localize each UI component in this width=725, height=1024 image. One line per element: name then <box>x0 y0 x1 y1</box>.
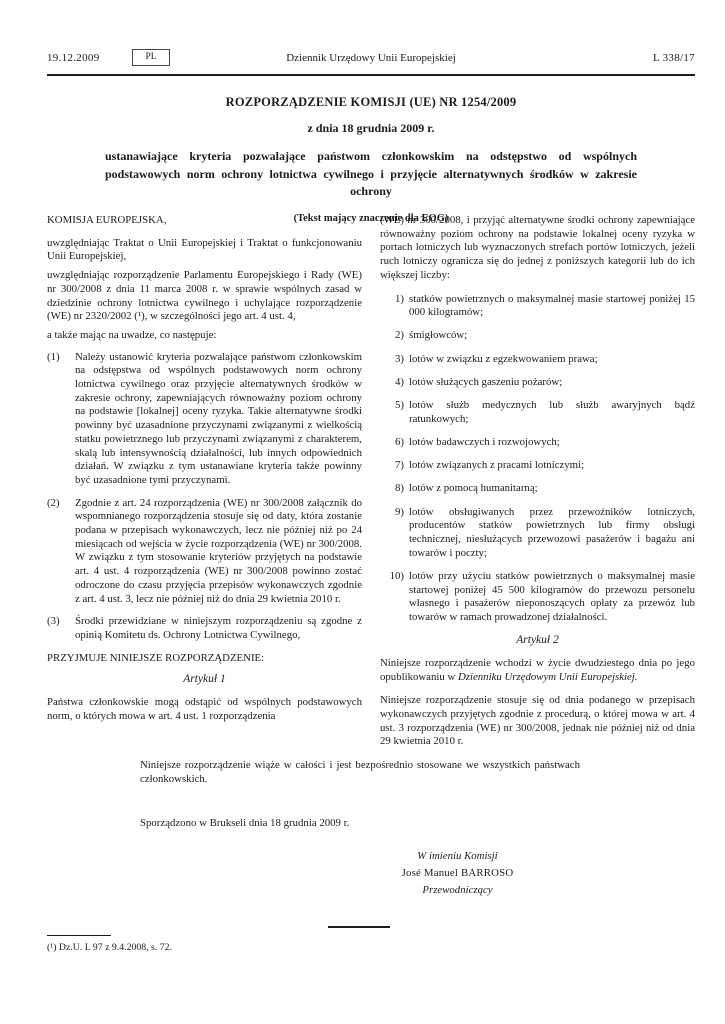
article-1-item-9: 9) lotów obsługiwanych przez przewoźnikó… <box>380 506 695 561</box>
signature-on-behalf: W imieniu Komisji <box>355 850 560 862</box>
end-of-act-divider <box>328 926 390 928</box>
article-1-item-1: 1) statków powietrznych o maksymalnej ma… <box>380 293 695 320</box>
article-1-intro-right: (WE) nr 300/2008, i przyjąć alternatywne… <box>380 214 695 283</box>
enacting-formula: PRZYJMUJE NINIEJSZE ROZPORZĄDZENIE: <box>47 652 362 666</box>
recital-1: (1) Należy ustanowić kryteria pozwalając… <box>47 351 362 488</box>
journal-name-italic: Dzienniku Urzędowym Unii Europejskiej. <box>458 671 638 683</box>
page-header: 19.12.2009 PL Dziennik Urzędowy Unii Eur… <box>47 49 695 71</box>
journal-page: 19.12.2009 PL Dziennik Urzędowy Unii Eur… <box>0 0 725 1024</box>
item-text: lotów z pomocą humanitarną; <box>409 482 695 496</box>
item-number: 2) <box>380 329 404 343</box>
recital-text: Zgodnie z art. 24 rozporządzenia (WE) nr… <box>75 497 362 607</box>
article-1-item-4: 4) lotów służących gaszeniu pożarów; <box>380 376 695 390</box>
item-number: 6) <box>380 436 404 450</box>
recital-number: (2) <box>47 497 75 607</box>
article-1-item-7: 7) lotów związanych z pracami lotniczymi… <box>380 459 695 473</box>
regulation-date: z dnia 18 grudnia 2009 r. <box>47 121 695 136</box>
item-number: 10) <box>380 570 404 625</box>
item-number: 8) <box>380 482 404 496</box>
article-1-item-6: 6) lotów badawczych i rozwojowych; <box>380 436 695 450</box>
whereas-intro: a także mając na uwadze, co następuje: <box>47 329 362 343</box>
item-number: 4) <box>380 376 404 390</box>
signature-block: W imieniu Komisji José Manuel BARROSO Pr… <box>355 850 560 896</box>
right-column: (WE) nr 300/2008, i przyjąć alternatywne… <box>380 214 695 759</box>
journal-title: Dziennik Urzędowy Unii Europejskiej <box>47 52 695 64</box>
citation-regulation: uwzględniając rozporządzenie Parlamentu … <box>47 269 362 324</box>
binding-clause: Niniejsze rozporządzenie wiąże w całości… <box>140 759 580 786</box>
recital-text: Środki przewidziane w niniejszym rozporz… <box>75 615 362 642</box>
item-text: lotów przy użyciu statków powietrznych o… <box>409 570 695 625</box>
title-block: ROZPORZĄDZENIE KOMISJI (UE) NR 1254/2009… <box>47 95 695 224</box>
article-1-intro-left: Państwa członkowskie mogą odstąpić od ws… <box>47 696 362 723</box>
preamble-opening: KOMISJA EUROPEJSKA, <box>47 214 362 228</box>
regulation-title: ROZPORZĄDZENIE KOMISJI (UE) NR 1254/2009 <box>47 95 695 110</box>
article-2-paragraph-2: Niniejsze rozporządzenie stosuje się od … <box>380 694 695 749</box>
recital-number: (1) <box>47 351 75 488</box>
item-text: lotów służb medycznych lub służb awaryjn… <box>409 399 695 426</box>
recital-2: (2) Zgodnie z art. 24 rozporządzenia (WE… <box>47 497 362 607</box>
item-text: lotów związanych z pracami lotniczymi; <box>409 459 695 473</box>
item-text: lotów służących gaszeniu pożarów; <box>409 376 695 390</box>
article-1-item-8: 8) lotów z pomocą humanitarną; <box>380 482 695 496</box>
item-text: lotów badawczych i rozwojowych; <box>409 436 695 450</box>
item-text: lotów obsługiwanych przez przewoźników l… <box>409 506 695 561</box>
item-number: 9) <box>380 506 404 561</box>
article-2-heading: Artykuł 2 <box>380 634 695 648</box>
header-divider <box>47 74 695 76</box>
article-2-paragraph-1: Niniejsze rozporządzenie wchodzi w życie… <box>380 657 695 684</box>
item-number: 7) <box>380 459 404 473</box>
citation-treaty: uwzględniając Traktat o Unii Europejskie… <box>47 237 362 264</box>
place-and-date: Sporządzono w Brukseli dnia 18 grudnia 2… <box>140 817 349 829</box>
item-text: śmigłowców; <box>409 329 695 343</box>
footnote-reference: (¹) Dz.U. L 97 z 9.4.2008, s. 72. <box>47 942 172 953</box>
article-1-item-3: 3) lotów w związku z egzekwowaniem prawa… <box>380 353 695 367</box>
recital-text: Należy ustanowić kryteria pozwalające pa… <box>75 351 362 488</box>
left-column: KOMISJA EUROPEJSKA, uwzględniając Trakta… <box>47 214 362 759</box>
footnote-divider <box>47 935 111 936</box>
recital-3: (3) Środki przewidziane w niniejszym roz… <box>47 615 362 642</box>
article-1-heading: Artykuł 1 <box>47 673 362 687</box>
item-number: 5) <box>380 399 404 426</box>
signatory-title: Przewodniczący <box>355 884 560 896</box>
item-number: 1) <box>380 293 404 320</box>
item-number: 3) <box>380 353 404 367</box>
article-1-item-10: 10) lotów przy użyciu statków powietrzny… <box>380 570 695 625</box>
item-text: statków powietrznych o maksymalnej masie… <box>409 293 695 320</box>
body-columns: KOMISJA EUROPEJSKA, uwzględniając Trakta… <box>47 214 695 759</box>
regulation-subject: ustanawiające kryteria pozwalające państ… <box>105 148 637 201</box>
recital-number: (3) <box>47 615 75 642</box>
signatory-name: José Manuel BARROSO <box>355 867 560 879</box>
article-1-item-2: 2) śmigłowców; <box>380 329 695 343</box>
article-1-item-5: 5) lotów służb medycznych lub służb awar… <box>380 399 695 426</box>
item-text: lotów w związku z egzekwowaniem prawa; <box>409 353 695 367</box>
page-reference: L 338/17 <box>653 52 695 64</box>
